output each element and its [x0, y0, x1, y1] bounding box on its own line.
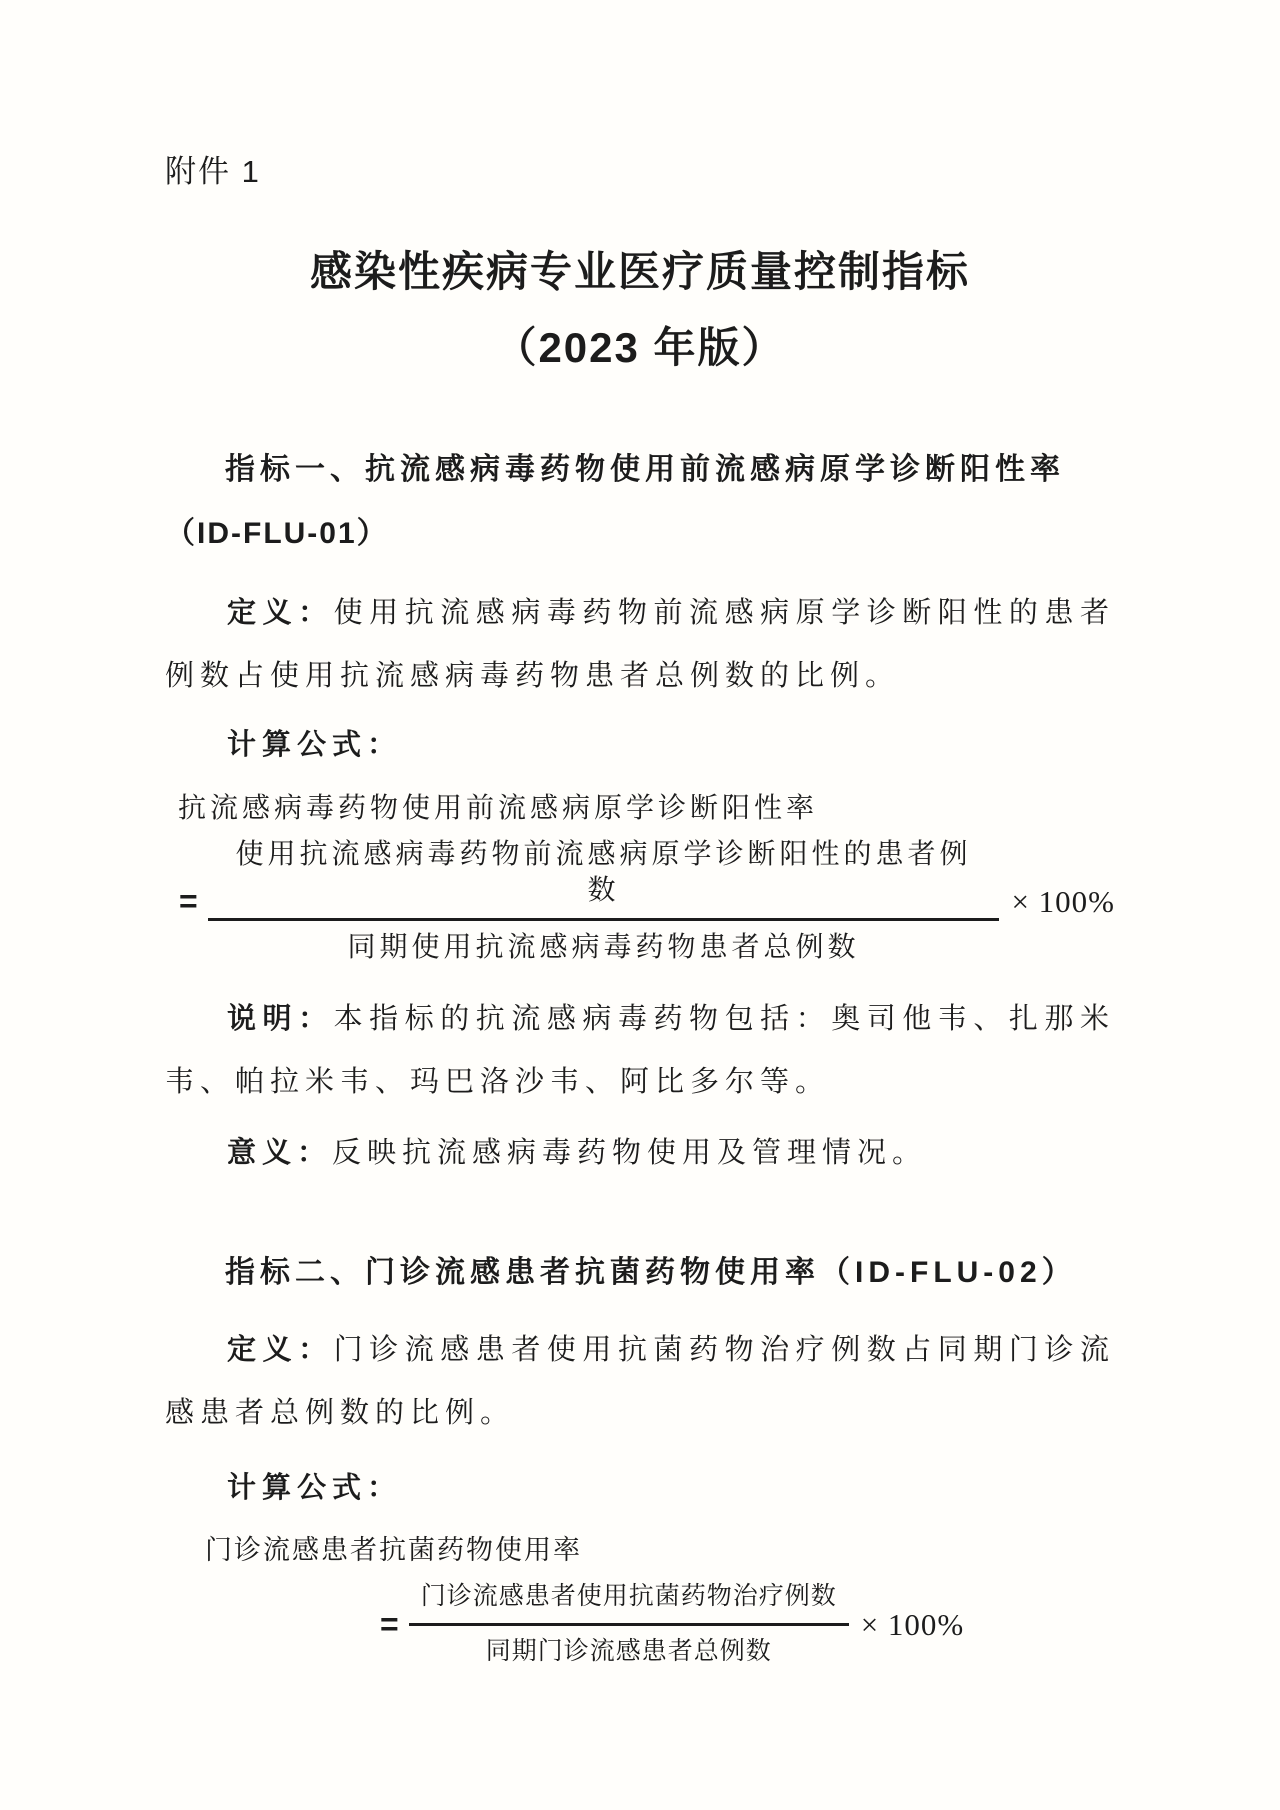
attachment-label: 附件 1: [165, 152, 1115, 192]
equals-sign: =: [179, 883, 198, 920]
document-content: 附件 1 感染性疾病专业医疗质量控制指标 （2023 年版） 指标一、抗流感病毒…: [0, 152, 1280, 1669]
indicator1-definition-paragraph: 定义：使用抗流感病毒药物前流感病原学诊断阳性的患者例数占使用抗流感病毒药物患者总…: [165, 582, 1115, 708]
indicator2-definition-paragraph: 定义：门诊流感患者使用抗菌药物治疗例数占同期门诊流感患者总例数的比例。: [165, 1319, 1115, 1445]
significance-label: 意义：: [227, 1137, 332, 1169]
title-line-2: （2023 年版）: [494, 324, 785, 371]
formula-label: 计算公式：: [227, 729, 402, 761]
fraction: 门诊流感患者使用抗菌药物治疗例数 同期门诊流感患者总例数: [409, 1580, 849, 1669]
fraction-numerator: 门诊流感患者使用抗菌药物治疗例数: [409, 1580, 849, 1623]
significance-text: 反映抗流感病毒药物使用及管理情况。: [332, 1137, 927, 1169]
indicator1-significance-paragraph: 意义：反映抗流感病毒药物使用及管理情况。: [165, 1122, 1115, 1185]
note-label: 说明：: [227, 1003, 334, 1035]
fraction: 使用抗流感病毒药物前流感病原学诊断阳性的患者例数 同期使用抗流感病毒药物患者总例…: [208, 837, 1000, 966]
indicator1-formula-label-paragraph: 计算公式：: [165, 714, 1115, 777]
indicator2-formula: 门诊流感患者抗菌药物使用率 = 门诊流感患者使用抗菌药物治疗例数 同期门诊流感患…: [165, 1528, 1115, 1669]
indicator1-formula: 抗流感病毒药物使用前流感病原学诊断阳性率 = 使用抗流感病毒药物前流感病原学诊断…: [165, 787, 1115, 966]
indicator1-section: 指标一、抗流感病毒药物使用前流感病原学诊断阳性率 （ID-FLU-01） 定义：…: [165, 448, 1115, 1185]
fraction-numerator: 使用抗流感病毒药物前流感病原学诊断阳性的患者例数: [208, 837, 1000, 918]
document-title: 感染性疾病专业医疗质量控制指标 （2023 年版）: [165, 234, 1115, 386]
multiplier: × 100%: [1011, 884, 1115, 920]
fraction-denominator: 同期门诊流感患者总例数: [409, 1623, 849, 1669]
title-line-1: 感染性疾病专业医疗质量控制指标: [310, 248, 970, 295]
formula-label: 计算公式：: [227, 1472, 402, 1504]
fraction-denominator: 同期使用抗流感病毒药物患者总例数: [208, 918, 1000, 966]
definition-label: 定义：: [227, 597, 334, 629]
formula-expression: = 使用抗流感病毒药物前流感病原学诊断阳性的患者例数 同期使用抗流感病毒药物患者…: [179, 837, 1115, 966]
formula-name: 抗流感病毒药物使用前流感病原学诊断阳性率: [178, 787, 1115, 831]
indicator1-note-paragraph: 说明：本指标的抗流感病毒药物包括：奥司他韦、扎那米韦、帕拉米韦、玛巴洛沙韦、阿比…: [165, 988, 1115, 1114]
indicator2-formula-label-paragraph: 计算公式：: [165, 1457, 1115, 1520]
indicator1-code: （ID-FLU-01）: [165, 512, 1115, 556]
document-page: 附件 1 感染性疾病专业医疗质量控制指标 （2023 年版） 指标一、抗流感病毒…: [0, 0, 1280, 1810]
multiplier: × 100%: [861, 1607, 965, 1643]
definition-label: 定义：: [227, 1334, 334, 1366]
indicator2-section: 指标二、门诊流感患者抗菌药物使用率（ID-FLU-02） 定义：门诊流感患者使用…: [165, 1251, 1115, 1669]
indicator1-heading: 指标一、抗流感病毒药物使用前流感病原学诊断阳性率: [165, 448, 1115, 492]
indicator2-heading: 指标二、门诊流感患者抗菌药物使用率（ID-FLU-02）: [165, 1251, 1115, 1295]
formula-name: 门诊流感患者抗菌药物使用率: [205, 1528, 1115, 1572]
formula-expression: = 门诊流感患者使用抗菌药物治疗例数 同期门诊流感患者总例数 × 100%: [380, 1580, 1115, 1669]
equals-sign: =: [380, 1606, 399, 1643]
